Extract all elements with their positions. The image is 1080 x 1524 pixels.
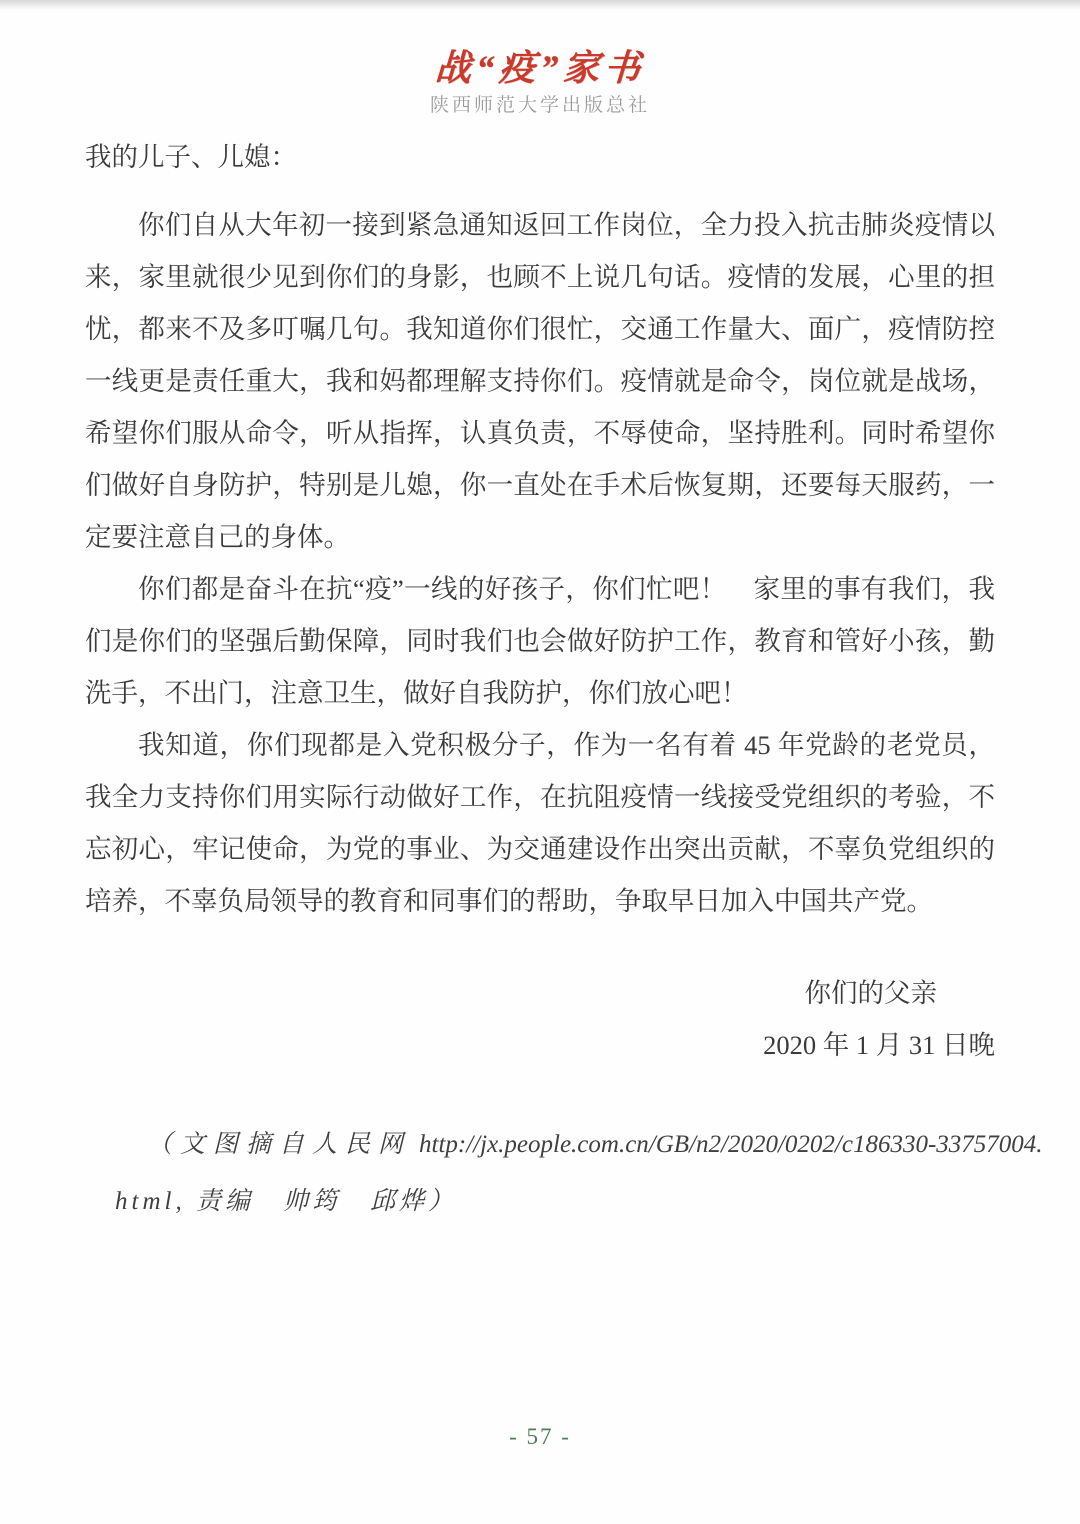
page-number: - 57 - (509, 1424, 571, 1449)
citation-line-2: html, 责编 帅筠 邱烨） (115, 1173, 925, 1230)
letter-date: 2020 年 1 月 31 日晚 (85, 1019, 995, 1071)
letter-paragraph-1: 你们自从大年初一接到紧急通知返回工作岗位，全力投入抗击肺炎疫情以来，家里就很少见… (85, 199, 995, 563)
letter-salutation: 我的儿子、儿媳： (85, 131, 995, 183)
letter-signature: 你们的父亲 (85, 967, 995, 1019)
citation-line-1: （文图摘自人民网http://jx.people.com.cn/GB/n2/20… (115, 1116, 925, 1173)
page-header: 战“疫”家书 陕西师范大学出版总社 (0, 0, 1080, 117)
publisher-name: 陕西师范大学出版总社 (0, 93, 1080, 117)
letter-paragraph-3: 我知道，你们现都是入党积极分子，作为一名有着 45 年党龄的老党员，我全力支持你… (85, 719, 995, 927)
letter-body: 我的儿子、儿媳： 你们自从大年初一接到紧急通知返回工作岗位，全力投入抗击肺炎疫情… (85, 131, 995, 1230)
citation-url: http://jx.people.com.cn/GB/n2/2020/0202/… (419, 1131, 1043, 1158)
series-logo: 战“疫”家书 (434, 46, 646, 90)
citation-source-text: （文图摘自人民网 (147, 1131, 411, 1158)
page-footer: - 57 - (0, 1424, 1080, 1450)
book-page: 战“疫”家书 陕西师范大学出版总社 我的儿子、儿媳： 你们自从大年初一接到紧急通… (0, 0, 1080, 1524)
citation-note: （文图摘自人民网http://jx.people.com.cn/GB/n2/20… (115, 1116, 925, 1230)
letter-paragraph-2: 你们都是奋斗在抗“疫”一线的好孩子，你们忙吧！ 家里的事有我们，我们是你们的坚强… (85, 563, 995, 719)
